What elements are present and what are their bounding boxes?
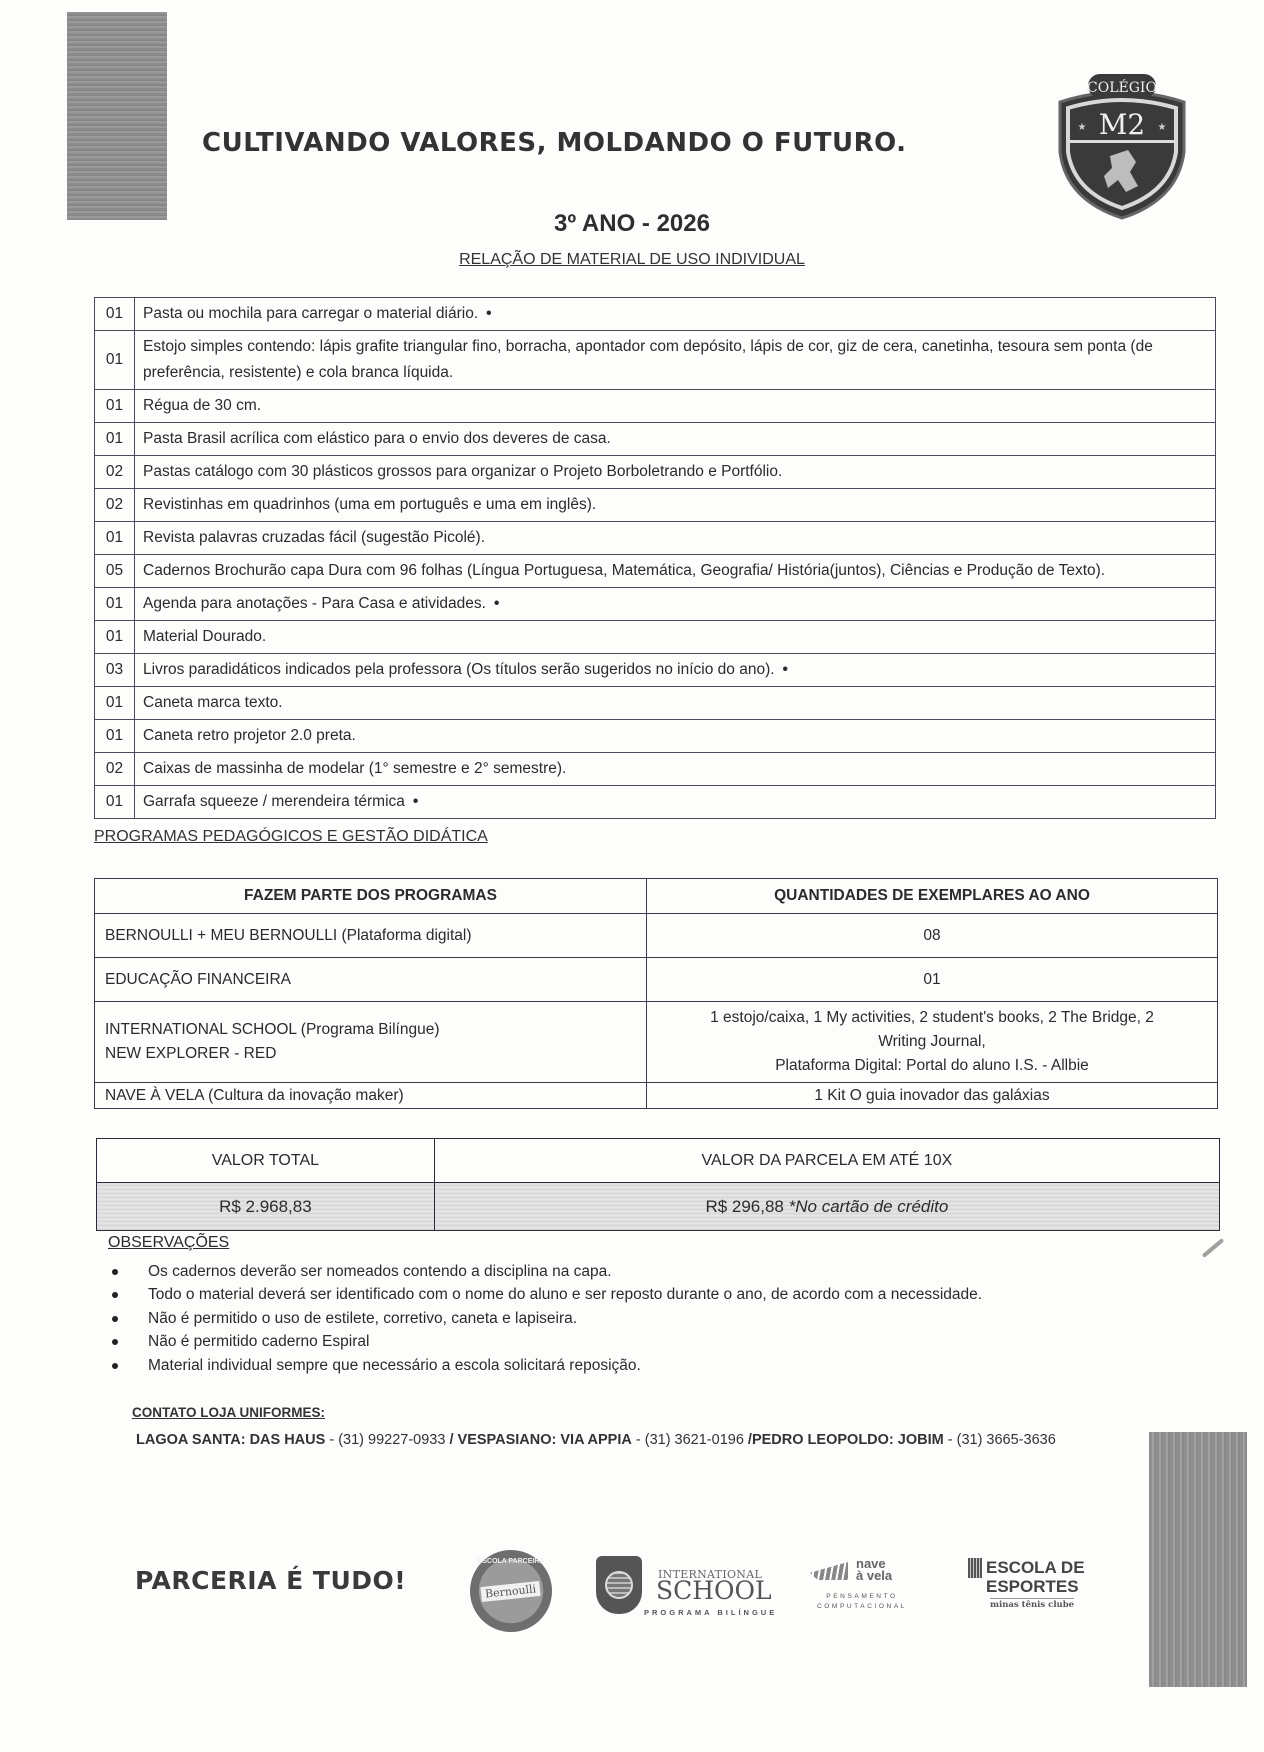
material-item: Caneta retro projetor 2.0 preta. [135, 720, 1216, 753]
svg-text:★: ★ [1078, 122, 1087, 133]
material-item: Estojo simples contendo: lápis grafite t… [135, 331, 1216, 390]
program-row: BERNOULLI + MEU BERNOULLI (Plataforma di… [95, 914, 1218, 958]
contact-title: CONTATO LOJA UNIFORMES: [132, 1405, 325, 1420]
observation-item: Todo o material deverá ser identificado … [112, 1284, 982, 1308]
program-quantity: 01 [647, 958, 1218, 1002]
material-row: 02Caixas de massinha de modelar (1° seme… [95, 753, 1216, 786]
store-contact: PEDRO LEOPOLDO: JOBIM - (31) 3665-3636 [752, 1432, 1056, 1448]
total-value: R$ 2.968,83 [97, 1183, 435, 1231]
material-qty: 01 [95, 621, 135, 654]
material-row: 01Revista palavras cruzadas fácil (suges… [95, 522, 1216, 555]
material-qty: 05 [95, 555, 135, 588]
check-mark: • [413, 793, 418, 810]
escola-de-esportes-logo: ESCOLA DEESPORTES minas tênis clube [968, 1556, 1088, 1616]
programs-section-title: PROGRAMAS PEDAGÓGICOS E GESTÃO DIDÁTICA [94, 828, 488, 846]
program-row: NAVE À VELA (Cultura da inovação maker)1… [95, 1083, 1218, 1109]
crest-top-label: COLÉGIO [1087, 78, 1157, 96]
material-qty: 02 [95, 753, 135, 786]
international-school-logo: INTERNATIONAL SCHOOL PROGRAMA BILÍNGUE [596, 1554, 786, 1620]
bullet-icon [112, 1363, 118, 1369]
programs-header-quantity: QUANTIDADES DE EXEMPLARES AO ANO [647, 879, 1218, 914]
material-qty: 02 [95, 456, 135, 489]
material-row: 01Caneta retro projetor 2.0 preta. [95, 720, 1216, 753]
installment-label: VALOR DA PARCELA EM ATÉ 10X [434, 1139, 1219, 1183]
material-qty: 01 [95, 687, 135, 720]
material-qty: 01 [95, 588, 135, 621]
program-name: INTERNATIONAL SCHOOL (Programa Bilíngue)… [95, 1002, 647, 1083]
material-row: 01Agenda para anotações - Para Casa e at… [95, 588, 1216, 621]
check-mark: • [486, 305, 491, 322]
bullet-icon [112, 1316, 118, 1322]
scan-gray-block-top [67, 12, 167, 220]
installment-note: *No cartão de crédito [789, 1197, 949, 1216]
material-row: 01Material Dourado. [95, 621, 1216, 654]
installment-value: R$ 296,88 [705, 1197, 783, 1216]
program-quantity: 1 Kit O guia inovador das galáxias [647, 1083, 1218, 1109]
material-row: 01Garrafa squeeze / merendeira térmica• [95, 786, 1216, 819]
material-qty: 01 [95, 390, 135, 423]
material-item: Garrafa squeeze / merendeira térmica• [135, 786, 1216, 819]
scan-gray-block-bottom [1149, 1432, 1247, 1687]
material-list-subtitle: RELAÇÃO DE MATERIAL DE USO INDIVIDUAL [0, 251, 1264, 269]
material-qty: 01 [95, 331, 135, 390]
program-name: EDUCAÇÃO FINANCEIRA [95, 958, 647, 1002]
observation-item: Não é permitido caderno Espiral [112, 1331, 982, 1355]
material-qty: 02 [95, 489, 135, 522]
material-item: Livros paradidáticos indicados pela prof… [135, 654, 1216, 687]
slogan: CULTIVANDO VALORES, MOLDANDO O FUTURO. [202, 128, 907, 158]
bullet-icon [112, 1292, 118, 1298]
material-qty: 03 [95, 654, 135, 687]
check-mark: • [783, 661, 788, 678]
bernoulli-partner-logo: ESCOLA PARCEIRA Bernoulli [470, 1550, 552, 1632]
material-row: 02Revistinhas em quadrinhos (uma em port… [95, 489, 1216, 522]
material-row: 01Pasta ou mochila para carregar o mater… [95, 298, 1216, 331]
material-item: Cadernos Brochurão capa Dura com 96 folh… [135, 555, 1216, 588]
partnership-title: PARCERIA É TUDO! [135, 1566, 406, 1595]
material-row: 01Régua de 30 cm. [95, 390, 1216, 423]
bullet-icon [112, 1269, 118, 1275]
program-quantity: 08 [647, 914, 1218, 958]
values-table: VALOR TOTAL VALOR DA PARCELA EM ATÉ 10X … [96, 1138, 1220, 1231]
colegio-m2-crest-logo: COLÉGIO M2 ★ ★ [1048, 72, 1196, 222]
material-item: Pasta ou mochila para carregar o materia… [135, 298, 1216, 331]
program-quantity: 1 estojo/caixa, 1 My activities, 2 stude… [647, 1002, 1218, 1083]
club-emblem-icon [968, 1558, 982, 1578]
svg-text:M2: M2 [1099, 108, 1145, 141]
program-name: NAVE À VELA (Cultura da inovação maker) [95, 1083, 647, 1109]
material-qty: 01 [95, 298, 135, 331]
materials-table: 01Pasta ou mochila para carregar o mater… [94, 297, 1216, 819]
material-row: 02Pastas catálogo com 30 plásticos gross… [95, 456, 1216, 489]
programs-header-program: FAZEM PARTE DOS PROGRAMAS [95, 879, 647, 914]
svg-text:★: ★ [1158, 122, 1167, 133]
material-item: Revistinhas em quadrinhos (uma em portug… [135, 489, 1216, 522]
material-row: 01Pasta Brasil acrílica com elástico par… [95, 423, 1216, 456]
check-mark: • [494, 595, 499, 612]
observation-item: Não é permitido o uso de estilete, corre… [112, 1307, 982, 1331]
material-item: Agenda para anotações - Para Casa e ativ… [135, 588, 1216, 621]
program-row: EDUCAÇÃO FINANCEIRA01 [95, 958, 1218, 1002]
installment-cell: R$ 296,88 *No cartão de crédito [434, 1183, 1219, 1231]
store-contact: LAGOA SANTA: DAS HAUS - (31) 99227-0933 … [136, 1432, 458, 1448]
observation-item: Os cadernos deverão ser nomeados contend… [112, 1260, 982, 1284]
material-row: 05Cadernos Brochurão capa Dura com 96 fo… [95, 555, 1216, 588]
year-title: 3º ANO - 2026 [0, 210, 1264, 238]
material-item: Caixas de massinha de modelar (1° semest… [135, 753, 1216, 786]
nave-a-vela-logo: naveà vela PENSAMENTOCOMPUTACIONAL [806, 1556, 916, 1618]
contact-stores-line: LAGOA SANTA: DAS HAUS - (31) 99227-0933 … [136, 1432, 1056, 1448]
program-name: BERNOULLI + MEU BERNOULLI (Plataforma di… [95, 914, 647, 958]
total-label: VALOR TOTAL [97, 1139, 435, 1183]
programs-table: FAZEM PARTE DOS PROGRAMAS QUANTIDADES DE… [94, 878, 1218, 1109]
observation-item: Material individual sempre que necessári… [112, 1354, 982, 1378]
material-qty: 01 [95, 720, 135, 753]
material-row: 03Livros paradidáticos indicados pela pr… [95, 654, 1216, 687]
material-qty: 01 [95, 423, 135, 456]
store-contact: VESPASIANO: VIA APPIA - (31) 3621-0196 / [458, 1432, 752, 1448]
material-item: Caneta marca texto. [135, 687, 1216, 720]
material-item: Pastas catálogo com 30 plásticos grossos… [135, 456, 1216, 489]
observations-list: Os cadernos deverão ser nomeados contend… [112, 1260, 982, 1378]
material-item: Material Dourado. [135, 621, 1216, 654]
material-row: 01Caneta marca texto. [95, 687, 1216, 720]
bullet-icon [112, 1339, 118, 1345]
material-item: Revista palavras cruzadas fácil (sugestã… [135, 522, 1216, 555]
observations-title: OBSERVAÇÕES [108, 1234, 229, 1252]
scan-speck [1202, 1238, 1224, 1258]
material-item: Pasta Brasil acrílica com elástico para … [135, 423, 1216, 456]
globe-shield-icon [596, 1556, 642, 1614]
material-row: 01Estojo simples contendo: lápis grafite… [95, 331, 1216, 390]
material-qty: 01 [95, 522, 135, 555]
material-item: Régua de 30 cm. [135, 390, 1216, 423]
paper-plane-icon [810, 1562, 848, 1580]
material-qty: 01 [95, 786, 135, 819]
program-row: INTERNATIONAL SCHOOL (Programa Bilíngue)… [95, 1002, 1218, 1083]
